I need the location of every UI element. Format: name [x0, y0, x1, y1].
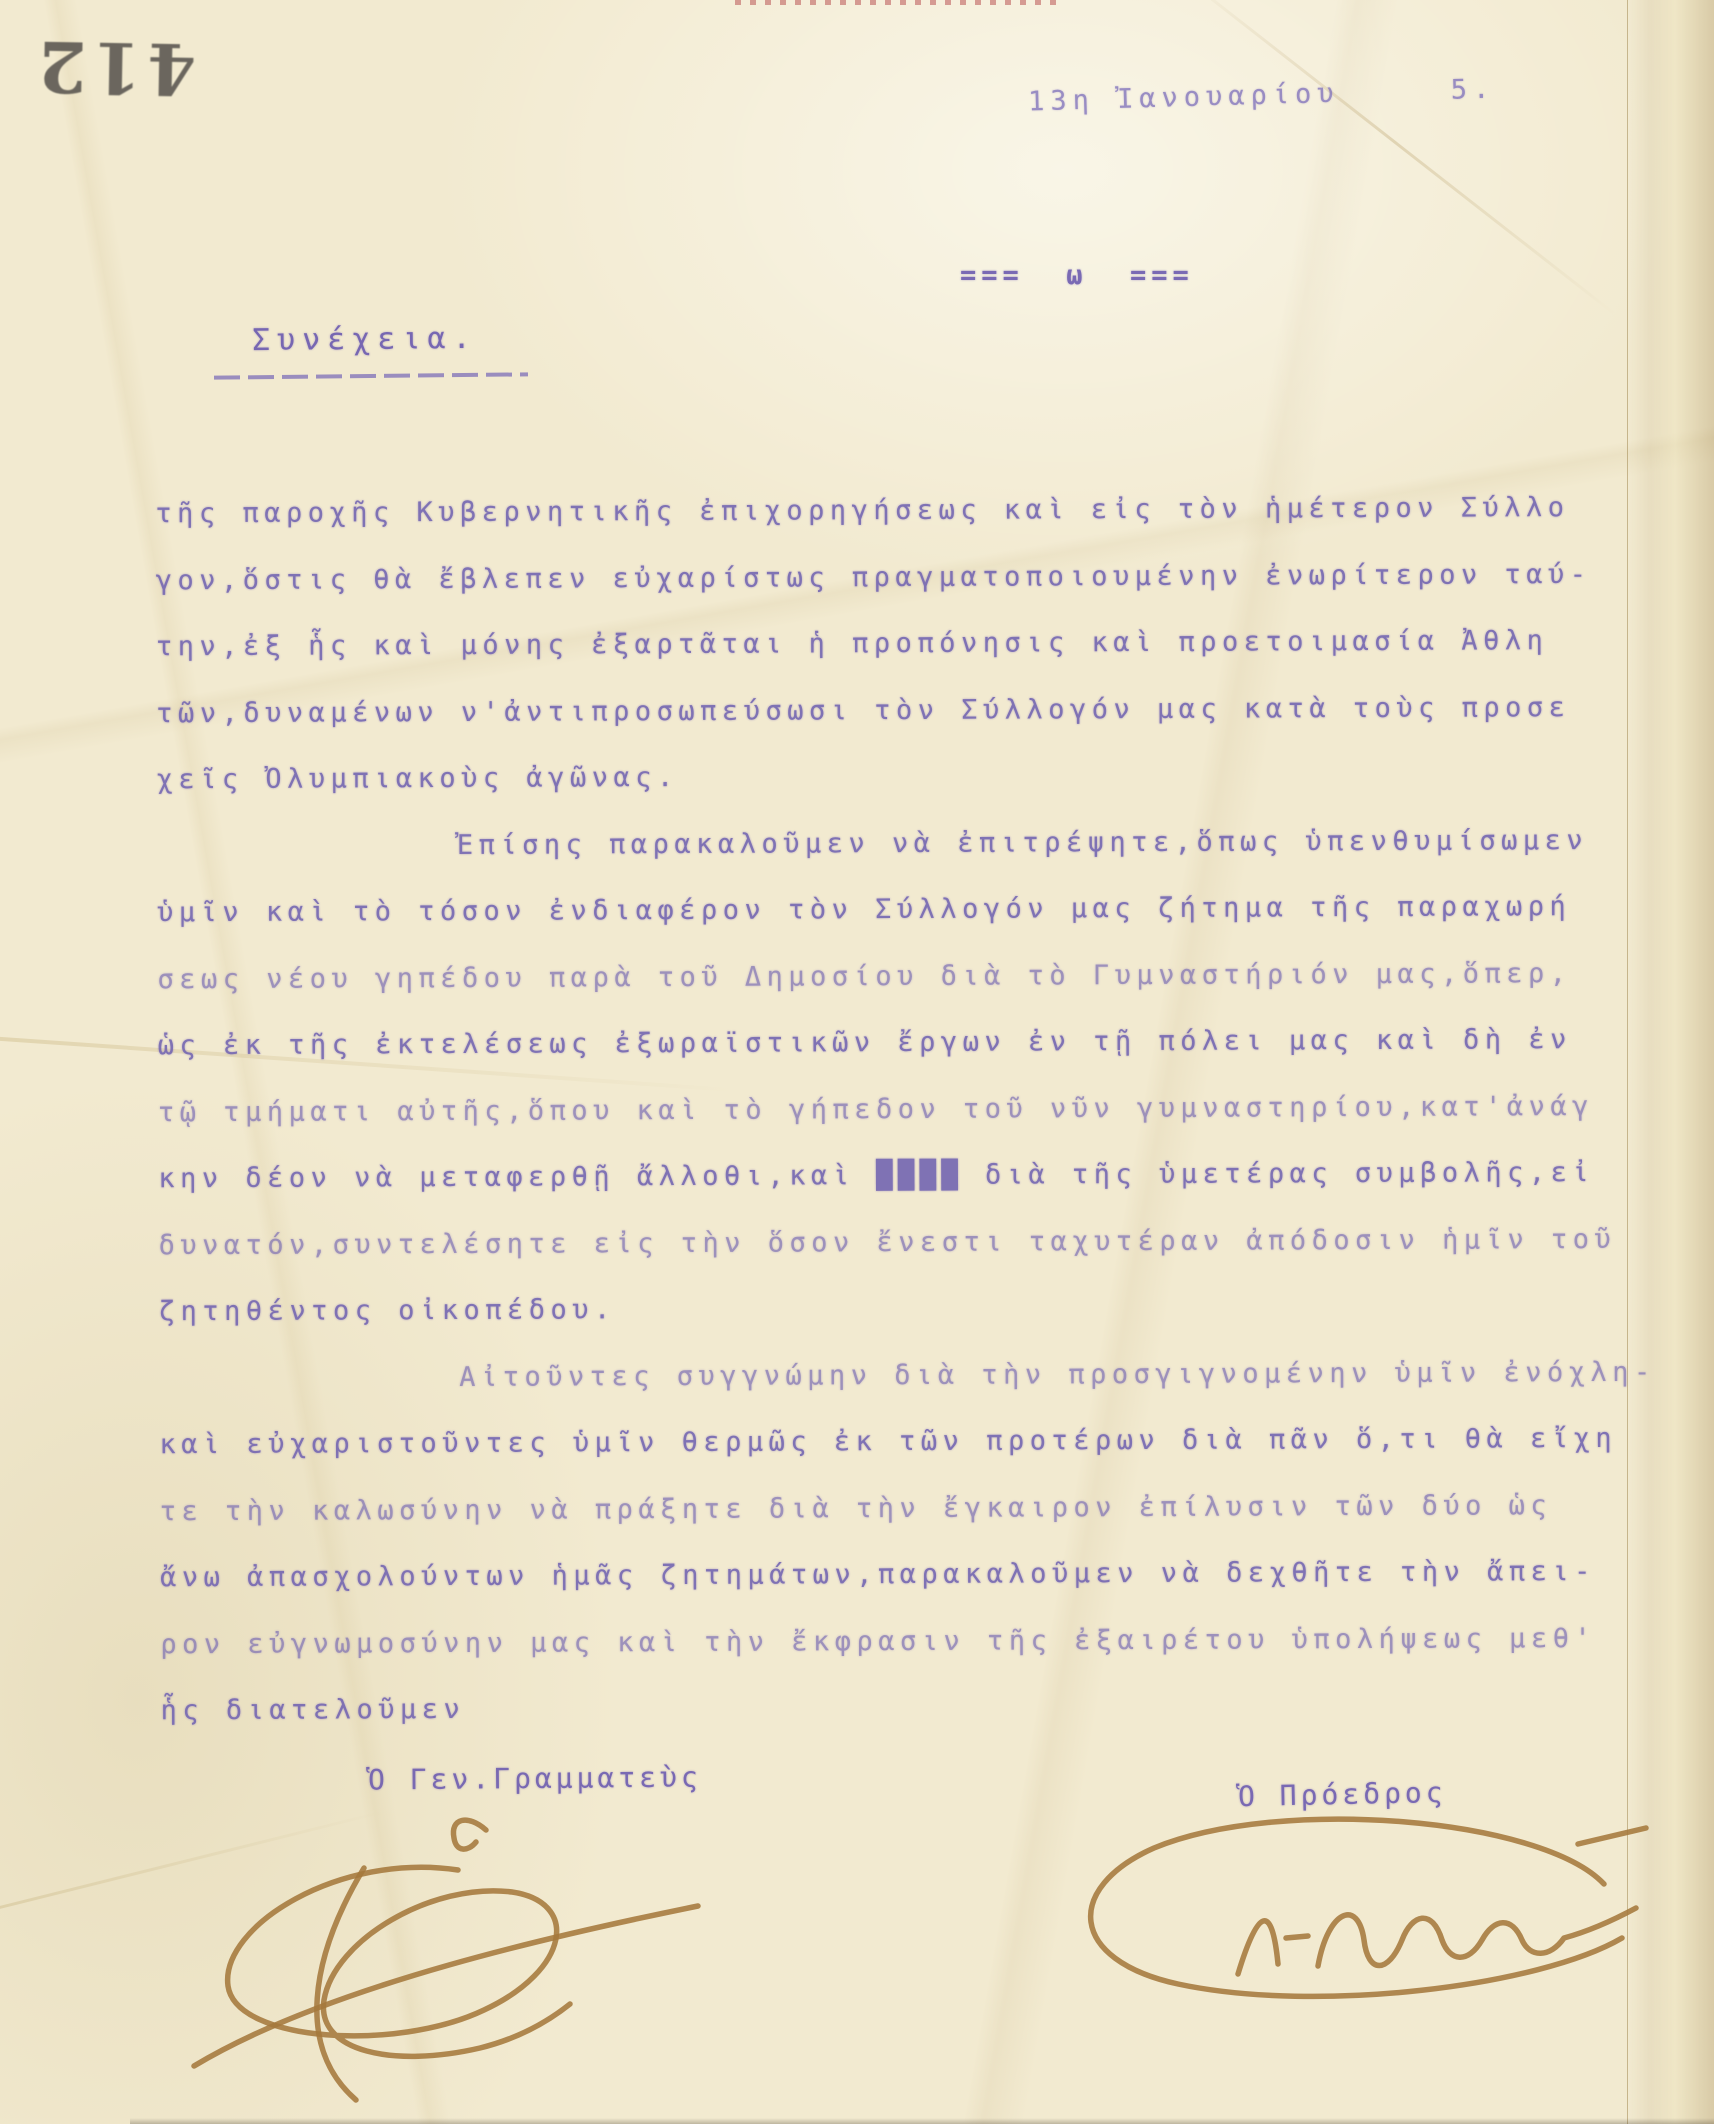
president-signature: [1056, 1788, 1676, 2018]
letter-page: 412 13η Ἰανουαρίου 5. === ω === Συνέχεια…: [0, 0, 1714, 2124]
body-line: Ἐπίσης παρακαλοῦμεν νὰ ἐπιτρέψητε,ὅπως ὑ…: [157, 807, 1662, 880]
body-line: γον,ὅστις θὰ ἔβλεπεν εὐχαρίστως πραγματο…: [156, 541, 1661, 614]
heading-underline: [214, 372, 528, 379]
subject-heading: Συνέχεια.: [252, 321, 478, 358]
body-line: σεως νέου γηπέδου παρὰ τοῦ Δημοσίου διὰ …: [157, 940, 1662, 1013]
paper-crease-top-right: [1172, 0, 1615, 315]
body-line: ζητηθέντος οἰκοπέδου.: [159, 1273, 1664, 1346]
body-line: ὡς ἐκ τῆς ἐκτελέσεως ἐξωραϊστικῶν ἔργων …: [158, 1007, 1663, 1080]
body-line: ὑμῖν καὶ τὸ τόσον ἐνδιαφέρον τὸν Σύλλογό…: [157, 874, 1662, 947]
body-line: χεῖς Ὀλυμπιακοὺς ἀγῶνας.: [156, 741, 1661, 814]
body-line: κην δέον νὰ μεταφερθῇ ἄλλοθι,καὶ ████ δι…: [158, 1140, 1663, 1213]
body-line: ρον εὐγνωμοσύνην μας καὶ τὴν ἔκφρασιν τῆ…: [160, 1605, 1665, 1678]
date-line: 13η Ἰανουαρίου 5.: [1028, 73, 1496, 117]
bottom-scan-edge: [130, 2118, 1714, 2124]
body-line: τῆς παροχῆς Κυβερνητικῆς ἐπιχορηγήσεως κ…: [155, 475, 1660, 548]
page-number-stamp: 412: [31, 25, 197, 111]
body-line: την,ἐξ ἧς καὶ μόνης ἐξαρτᾶται ἡ προπόνησ…: [156, 608, 1661, 681]
body-line: ἧς διατελοῦμεν: [160, 1672, 1665, 1745]
body-line: τῷ τμήματι αὐτῆς,ὅπου καὶ τὸ γήπεδον τοῦ…: [158, 1073, 1663, 1146]
body-line: καὶ εὐχαριστοῦντες ὑμῖν θερμῶς ἐκ τῶν πρ…: [159, 1406, 1664, 1479]
secretary-title: Ὁ Γεν.Γραμματεὺς: [368, 1761, 702, 1797]
body-line: τῶν,δυναμένων ν'ἀντιπροσωπεύσωσι τὸν Σύλ…: [156, 674, 1661, 747]
body-line: δυνατόν,συντελέσητε εἰς τὴν ὅσον ἔνεστι …: [158, 1206, 1663, 1279]
body-line: ἄνω ἀπασχολούντων ἡμᾶς ζητημάτων,παρακαλ…: [160, 1539, 1665, 1612]
divider-marks: === ω ===: [960, 260, 1194, 291]
top-edge-dots: [735, 0, 1065, 5]
secretary-signature: [150, 1808, 750, 2108]
body-line: τε τὴν καλωσύνην νὰ πράξητε διὰ τὴν ἔγκα…: [160, 1472, 1665, 1545]
letter-body: τῆς παροχῆς Κυβερνητικῆς ἐπιχορηγήσεως κ…: [155, 475, 1665, 1745]
body-line: Αἰτοῦντες συγγνώμην διὰ τὴν προσγιγνομέν…: [159, 1339, 1664, 1412]
